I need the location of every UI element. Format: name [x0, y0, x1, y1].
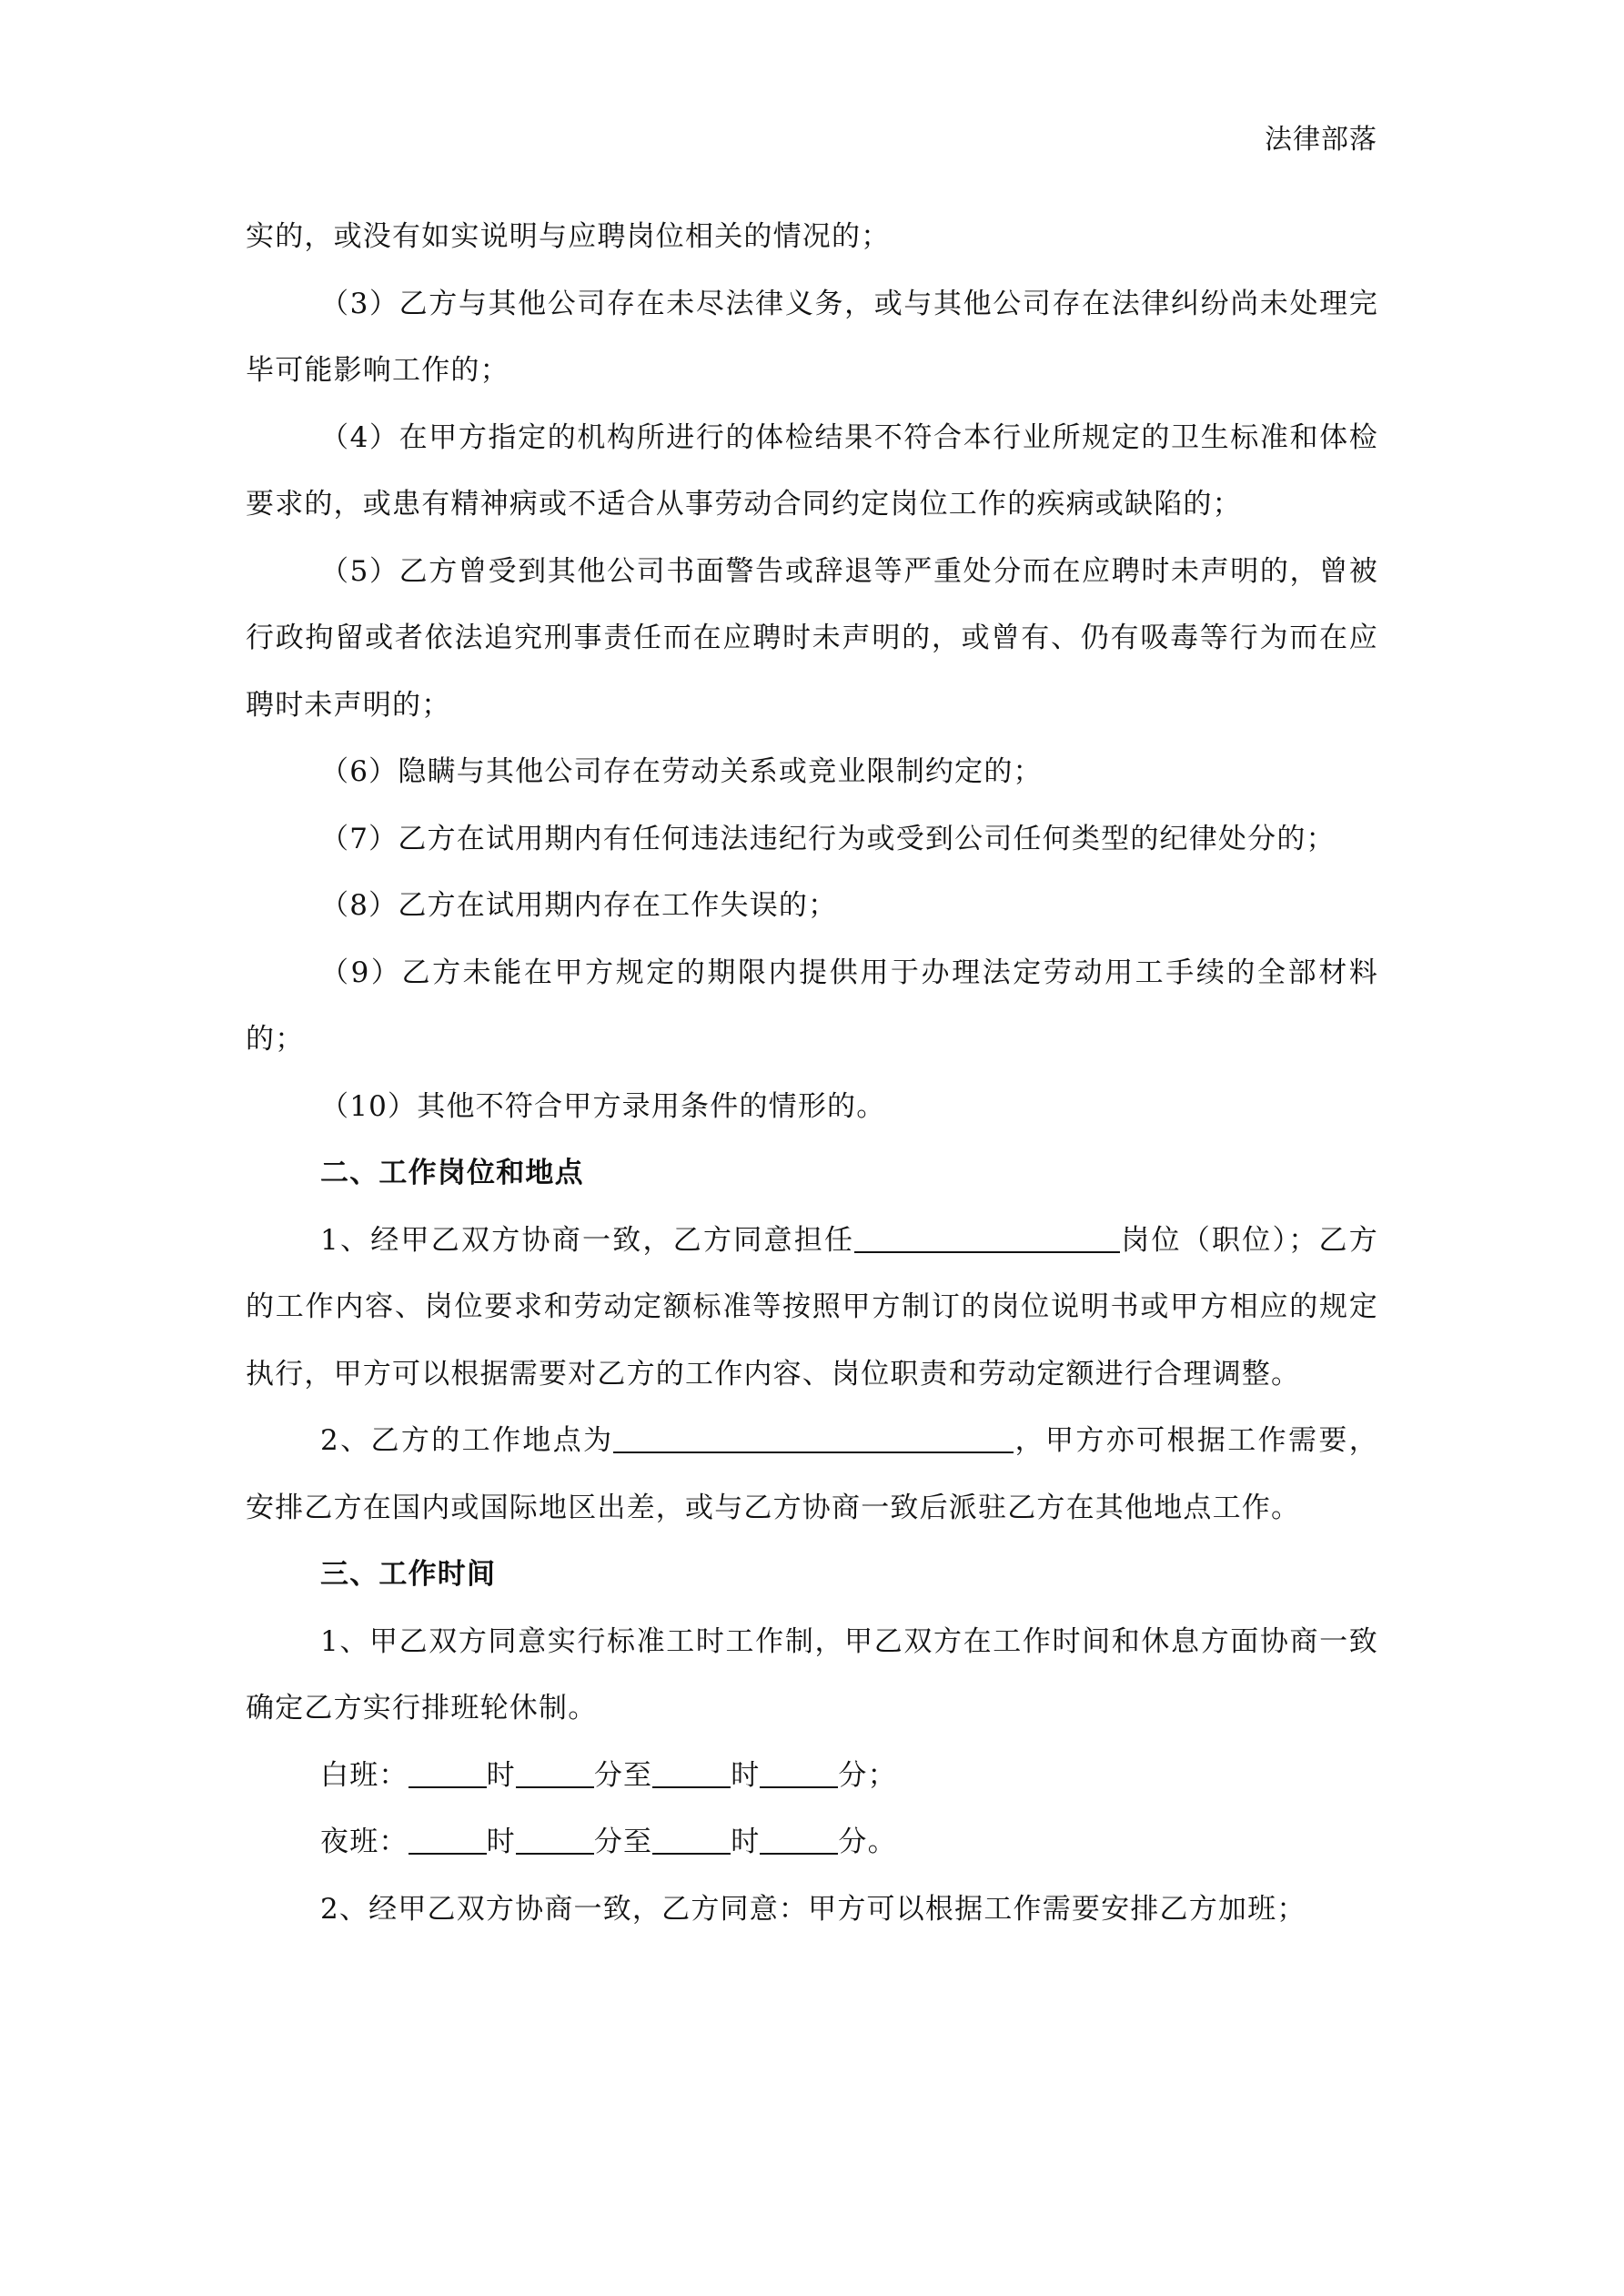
night-start-minute-blank[interactable] [516, 1826, 594, 1855]
minute-label: 分； [838, 1759, 896, 1792]
day-shift-line: 白班：时分至时分； [246, 1743, 1378, 1810]
section-2-title: 二、工作岗位和地点 [246, 1140, 1378, 1208]
night-start-hour-blank[interactable] [409, 1826, 487, 1855]
condition-item-8: （8）乙方在试用期内存在工作失误的； [246, 873, 1378, 940]
condition-item-9: （9）乙方未能在甲方规定的期限内提供用于办理法定劳动用工手续的全部材料的； [246, 940, 1378, 1074]
section-3-clause-1: 1、甲乙双方同意实行标准工时工作制，甲乙双方在工作时间和休息方面协商一致确定乙方… [246, 1609, 1378, 1743]
hour-label: 时 [487, 1759, 516, 1792]
minute-to-label: 分至 [594, 1826, 652, 1858]
minute-to-label: 分至 [594, 1759, 652, 1792]
section-2-clause-2: 2、乙方的工作地点为，甲方亦可根据工作需要，安排乙方在国内或国际地区出差，或与乙… [246, 1408, 1378, 1542]
day-start-hour-blank[interactable] [409, 1759, 487, 1788]
condition-item-7: （7）乙方在试用期内有任何违法违纪行为或受到公司任何类型的纪律处分的； [246, 806, 1378, 874]
condition-item-4: （4）在甲方指定的机构所进行的体检结果不符合本行业所规定的卫生标准和体检要求的，… [246, 405, 1378, 539]
hour-label: 时 [731, 1759, 760, 1792]
day-start-minute-blank[interactable] [516, 1759, 594, 1788]
minute-label: 分。 [838, 1826, 896, 1858]
night-shift-line: 夜班：时分至时分。 [246, 1809, 1378, 1876]
page-header: 法律部落 [1265, 116, 1377, 157]
paragraph-continued: 实的，或没有如实说明与应聘岗位相关的情况的； [246, 204, 1378, 271]
night-end-minute-blank[interactable] [760, 1826, 838, 1855]
hour-label: 时 [487, 1826, 516, 1858]
day-end-hour-blank[interactable] [652, 1759, 731, 1788]
day-shift-label: 白班： [320, 1759, 409, 1792]
section-2-clause-1: 1、经甲乙双方协商一致，乙方同意担任岗位（职位）；乙方的工作内容、岗位要求和劳动… [246, 1208, 1378, 1409]
position-blank-field[interactable] [854, 1224, 1120, 1253]
document-body: 实的，或没有如实说明与应聘岗位相关的情况的； （3）乙方与其他公司存在未尽法律义… [246, 204, 1378, 1943]
section-3-clause-2: 2、经甲乙双方协商一致，乙方同意：甲方可以根据工作需要安排乙方加班； [246, 1876, 1378, 1944]
night-end-hour-blank[interactable] [652, 1826, 731, 1855]
section-3-title: 三、工作时间 [246, 1542, 1378, 1609]
condition-item-10: （10）其他不符合甲方录用条件的情形的。 [246, 1074, 1378, 1141]
night-shift-label: 夜班： [320, 1826, 409, 1858]
clause-text: 1、经甲乙双方协商一致，乙方同意担任 [320, 1224, 854, 1257]
condition-item-6: （6）隐瞒与其他公司存在劳动关系或竞业限制约定的； [246, 739, 1378, 806]
hour-label: 时 [731, 1826, 760, 1858]
clause-text: 2、乙方的工作地点为 [320, 1424, 613, 1457]
day-end-minute-blank[interactable] [760, 1759, 838, 1788]
work-location-blank-field[interactable] [613, 1424, 1014, 1453]
condition-item-3: （3）乙方与其他公司存在未尽法律义务，或与其他公司存在法律纠纷尚未处理完毕可能影… [246, 271, 1378, 405]
condition-item-5: （5）乙方曾受到其他公司书面警告或辞退等严重处分而在应聘时未声明的，曾被行政拘留… [246, 539, 1378, 740]
